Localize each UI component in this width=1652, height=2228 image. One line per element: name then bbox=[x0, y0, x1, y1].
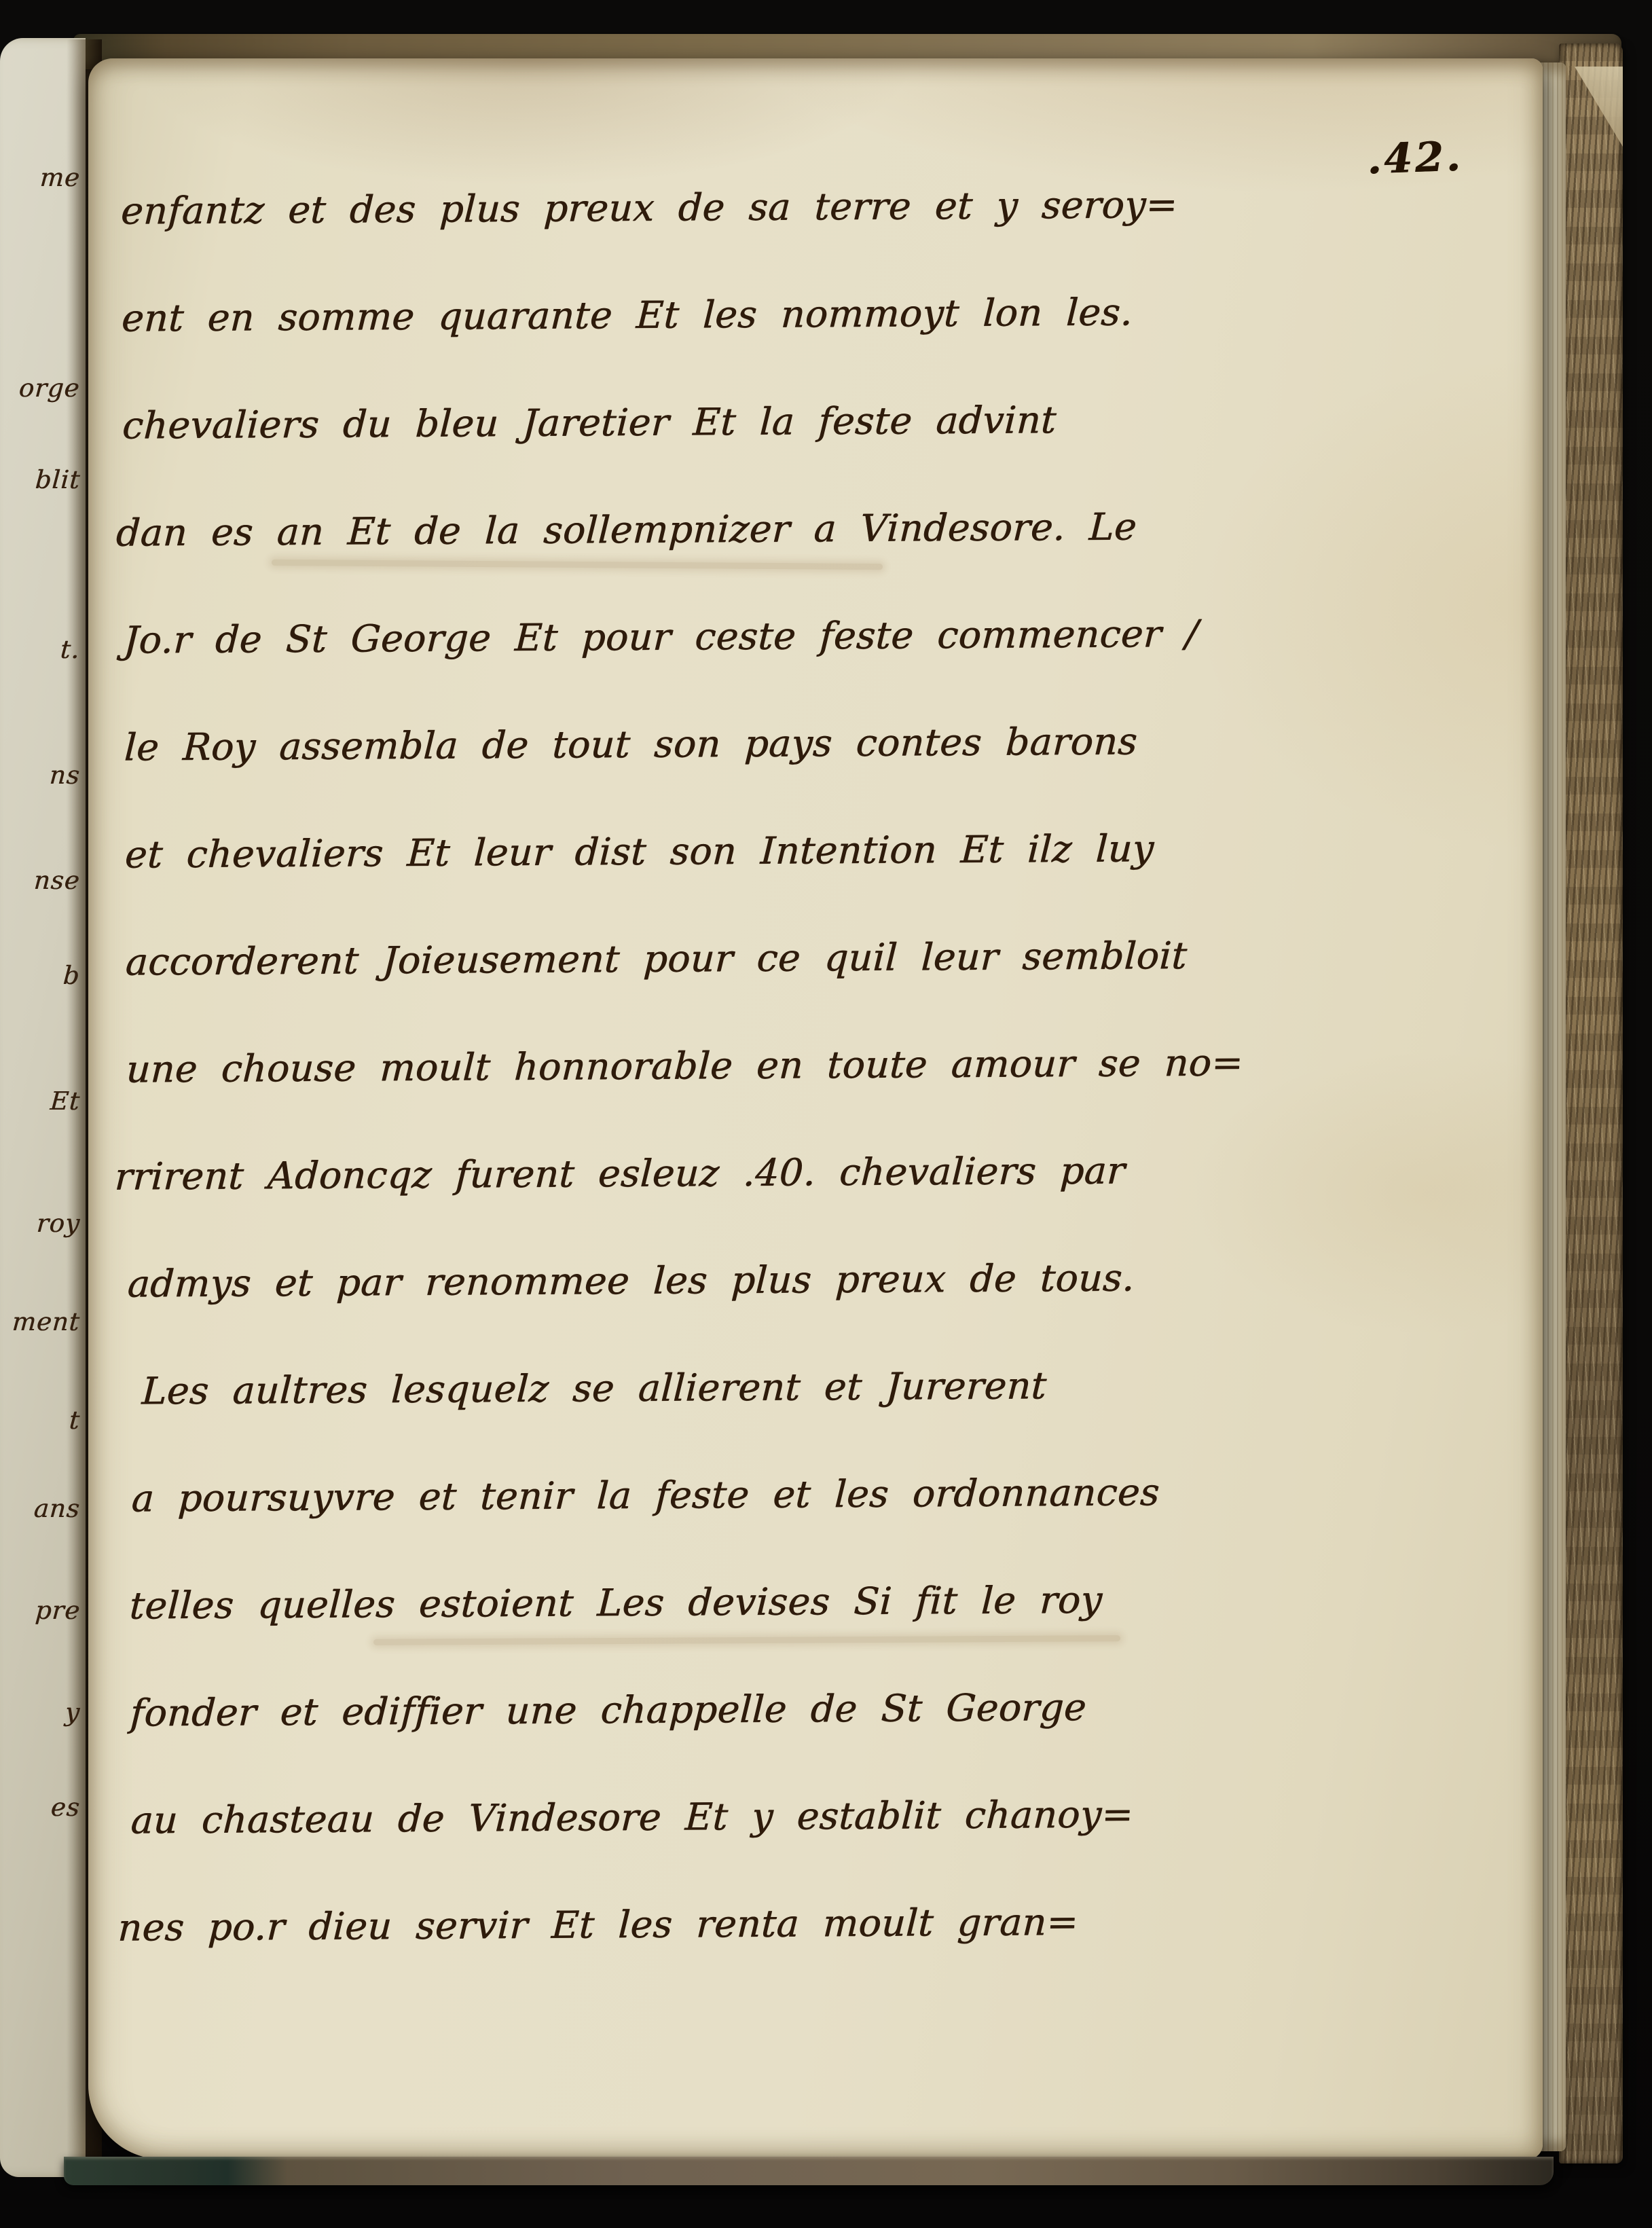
bottom-binding-edge bbox=[64, 2157, 1554, 2185]
manuscript-line: et chevaliers Et leur dist son Intention… bbox=[105, 793, 1365, 908]
cover-marble-edge bbox=[1559, 43, 1623, 2163]
manuscript-line: ent en somme quarante Et les nommoyt lon… bbox=[102, 257, 1363, 371]
manuscript-line: enfantz et des plus preux de sa terre et… bbox=[101, 149, 1362, 264]
manuscript-line: telles quelles estoient Les devises Si f… bbox=[109, 1544, 1370, 1659]
manuscript-line: fonder et ediffier une chappelle de St G… bbox=[110, 1651, 1371, 1766]
manuscript-line: chevaliers du bleu Jaretier Et la feste … bbox=[103, 364, 1363, 479]
manuscript-line: le Roy assembla de tout son pays contes … bbox=[104, 686, 1365, 801]
manuscript-line: dan es an Et de la sollempnizer a Vindes… bbox=[103, 471, 1364, 586]
manuscript-line: une chouse moult honnorable en toute amo… bbox=[106, 1008, 1367, 1122]
manuscript-line: a poursuyvre et tenir la feste et les or… bbox=[109, 1437, 1370, 1552]
manuscript-line: rrirent Adoncqz furent esleuz .40. cheva… bbox=[107, 1115, 1368, 1230]
page-number: .42. bbox=[1366, 133, 1464, 184]
manuscript-page: .42. enfantz et des plus preux de sa ter… bbox=[88, 58, 1543, 2159]
handwritten-text-block: enfantz et des plus preux de sa terre et… bbox=[103, 149, 1370, 1981]
manuscript-line: nes po.r dieu servir Et les renta moult … bbox=[111, 1866, 1372, 1981]
manuscript-line: Les aultres lesquelz se allierent et Jur… bbox=[108, 1330, 1369, 1444]
manuscript-line: au chasteau de Vindesore Et y establit c… bbox=[111, 1759, 1372, 1874]
manuscript-line: accorderent Joieusement pour ce quil leu… bbox=[105, 900, 1366, 1015]
manuscript-line: Jo.r de St George Et pour ceste feste co… bbox=[103, 579, 1364, 693]
cover-corner-highlight bbox=[1573, 67, 1623, 147]
manuscript-photo: me orge blit t. ns nse b Et roy ment t a… bbox=[0, 0, 1652, 2228]
manuscript-line: admys et par renommee les plus preux de … bbox=[107, 1222, 1368, 1337]
